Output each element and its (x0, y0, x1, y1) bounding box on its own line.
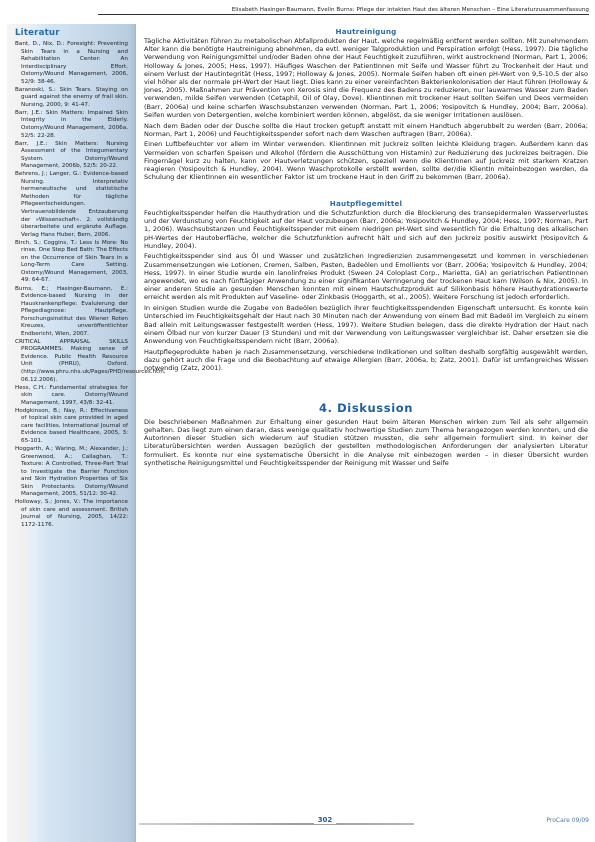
section-heading: 4. Diskussion (144, 401, 588, 415)
paragraph: Tägliche Aktivitäten führen zu metabolis… (144, 37, 588, 119)
reference-item: Barr, J.E.: Skin Matters: Nursing Assess… (15, 141, 128, 171)
references-sidebar: Literatur Bant, D., Nix, D.: Foresight: … (7, 24, 136, 842)
paragraph: In einigen Studien wurde die Zugabe von … (144, 304, 588, 345)
section-diskussion: 4. Diskussion Die beschriebenen Maßnahme… (144, 401, 588, 467)
page-footer: 302 ProCare 09/09 (139, 817, 589, 827)
journal-issue: ProCare 09/09 (546, 817, 589, 824)
section-hautpflegemittel: Hautpflegemittel Feuchtigkeitsspender he… (144, 199, 588, 372)
paragraph: Nach dem Baden oder der Dusche sollte di… (144, 122, 588, 138)
reference-item: Barr, J.E.: Skin Matters: Impaired Skin … (15, 110, 128, 140)
references-title: Literatur (15, 28, 128, 38)
reference-item: Holloway, S.; Jones, V.: The importance … (15, 499, 128, 529)
reference-item: Baranoski, S.: Skin Tears. Staying on gu… (15, 87, 128, 110)
reference-item: Birch, S.; Coggins, T.: Less Is More: No… (15, 240, 128, 285)
reference-item: Hess, C.H.: Fundamental strategies for s… (15, 385, 128, 408)
reference-item: Behrens, J.; Langer, G.: Evidence-based … (15, 171, 128, 239)
section-hautreinigung: Hautreinigung Tägliche Aktivitäten führe… (144, 27, 588, 181)
subheading: Hautreinigung (144, 27, 588, 36)
paragraph: Einen Luftbefeuchter vor allem im Winter… (144, 140, 588, 181)
paragraph: Die beschriebenen Maßnahmen zur Erhaltun… (144, 418, 588, 467)
subheading: Hautpflegemittel (144, 199, 588, 208)
running-head: Elisabeth Hasinger-Baumann, Evelin Burns… (98, 7, 589, 15)
reference-item: Hoggarth, A.; Waring, M.; Alexander, J.;… (15, 446, 128, 499)
reference-item: CRITICAL APPRAISAL SKILLS PROGRAMMES: Ma… (15, 339, 128, 384)
footer-rule (139, 823, 414, 825)
reference-item: Burns, E.; Hasinger-Baumann, E.: Evidenc… (15, 286, 128, 339)
reference-item: Hodgkinson, B.; Nay, R.: Effectiveness o… (15, 408, 128, 446)
main-column: Hautreinigung Tägliche Aktivitäten führe… (144, 24, 588, 470)
paragraph: Feuchtigkeitsspender helfen die Hauthydr… (144, 209, 588, 250)
reference-item: Bant, D., Nix, D.: Foresight: Preventing… (15, 41, 128, 86)
page-number: 302 (314, 816, 336, 824)
paragraph: Feuchtigkeitsspender sind aus Öl und Was… (144, 252, 588, 301)
paragraph: Hautpflegeprodukte haben je nach Zusamme… (144, 348, 588, 373)
